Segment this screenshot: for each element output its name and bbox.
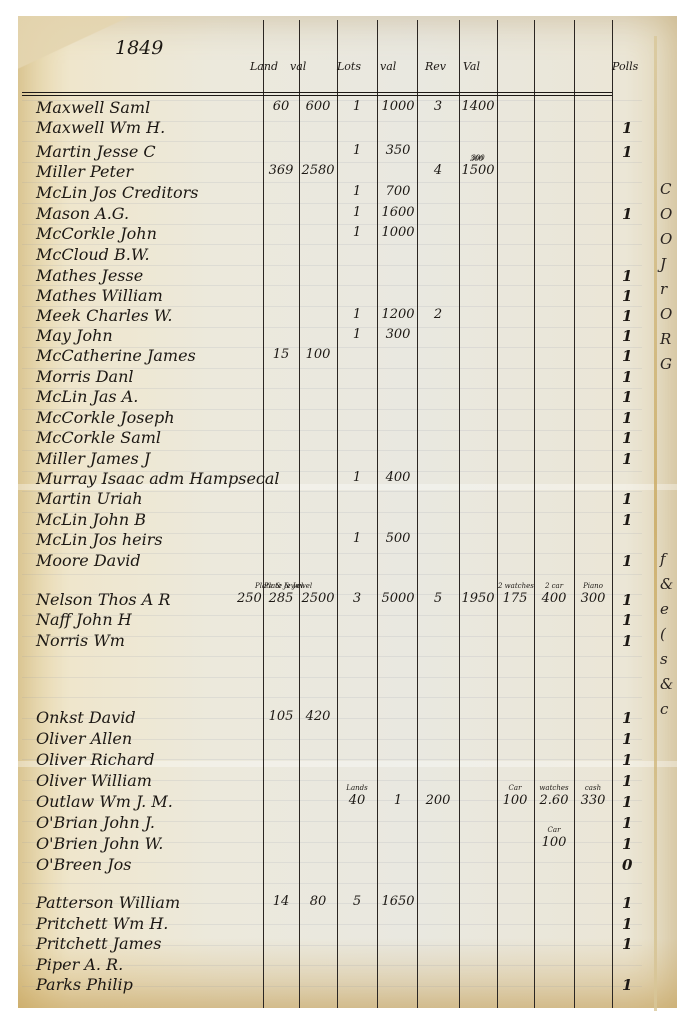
poll-mark: 1 [622, 915, 632, 933]
facing-page-mark: J [660, 255, 666, 273]
taxpayer-name: O'Brian John J. [36, 813, 155, 832]
taxpayer-name: Oliver William [36, 771, 152, 790]
taxpayer-name: May John [36, 326, 113, 345]
taxpayer-name: Oliver Richard [36, 750, 154, 769]
column-rule [534, 20, 535, 1008]
ruled-line [22, 883, 642, 884]
note-extra3: Piano [576, 582, 610, 590]
taxpayer-name: Morris Danl [36, 367, 134, 386]
cell-lots-val: 500 [381, 531, 415, 546]
poll-mark: 1 [622, 814, 632, 832]
cell-extra1: 100 [498, 793, 532, 808]
column-header-polls: Polls [612, 60, 638, 73]
column-header-lots: Lots [337, 60, 361, 73]
cell-land-val: 2580 [301, 163, 335, 178]
cell-land: 369 [264, 163, 298, 178]
taxpayer-name: O'Brien John W. [36, 834, 163, 853]
cell-land-val: 2500 [301, 591, 335, 606]
poll-mark: 1 [622, 119, 632, 137]
cell-rev: 5 [421, 591, 455, 606]
taxpayer-name: Onkst David [36, 708, 136, 727]
taxpayer-name: Pritchett Wm H. [36, 914, 168, 933]
header-rule [22, 92, 612, 93]
taxpayer-name: Norris Wm [36, 631, 125, 650]
poll-mark: 1 [622, 307, 632, 325]
cell-lots-val: 5000 [381, 591, 415, 606]
column-rule [497, 20, 498, 1008]
poll-mark: 1 [622, 143, 632, 161]
cell-lots: 1 [340, 470, 374, 485]
taxpayer-name: Martin Jesse C [36, 142, 156, 161]
binding-crease [654, 36, 657, 1011]
note-extra3: cash [576, 784, 610, 792]
taxpayer-name: McLin John B [36, 510, 146, 529]
poll-mark: 1 [622, 591, 632, 609]
cell-lots-val: 1 [381, 793, 415, 808]
taxpayer-name: Outlaw Wm J. M. [36, 792, 173, 811]
poll-mark: 1 [622, 709, 632, 727]
cell-rev-val: 1950 [461, 591, 495, 606]
facing-page-mark: ( [660, 625, 666, 643]
cell-lots-val: 1000 [381, 225, 415, 240]
cell-lots: 1 [340, 327, 374, 342]
column-rule [337, 20, 338, 1008]
taxpayer-name: Maxwell Saml [36, 98, 150, 117]
taxpayer-name: Mason A.G. [36, 204, 129, 223]
cell-extra3: 300 [576, 591, 610, 606]
column-rule [574, 20, 575, 1008]
facing-page-mark: s [660, 650, 668, 668]
poll-mark: 1 [622, 368, 632, 386]
note-extra2: 2 car [537, 582, 571, 590]
cell-lots: 3 [340, 591, 374, 606]
taxpayer-name: McLin Jos heirs [36, 530, 163, 549]
taxpayer-name: McCorkle Saml [36, 428, 161, 447]
cell-land-val: 100 [301, 347, 335, 362]
facing-page-mark: & [660, 675, 673, 693]
column-header-land: Land [250, 60, 278, 73]
poll-mark: 1 [622, 793, 632, 811]
cell-rev: 4 [421, 163, 455, 178]
taxpayer-name: Oliver Allen [36, 729, 132, 748]
poll-mark: 1 [622, 511, 632, 529]
cell-rev-val: 1400 [461, 99, 495, 114]
taxpayer-name: Naff John H [36, 610, 132, 629]
ruled-line [22, 677, 642, 678]
poll-mark: 1 [622, 751, 632, 769]
cell-rev-val: 1500 [461, 163, 495, 178]
cell-land-pre: 250 [237, 591, 262, 606]
poll-mark: 1 [622, 347, 632, 365]
taxpayer-name: Piper A. R. [36, 955, 123, 974]
cell-lots-val: 400 [381, 470, 415, 485]
cell-lots-val: 350 [381, 143, 415, 158]
cell-land-val: 600 [301, 99, 335, 114]
cell-land: 105 [264, 709, 298, 724]
poll-mark: 1 [622, 730, 632, 748]
facing-page-mark: r [660, 280, 667, 298]
note-rev-val: 300 [470, 155, 483, 163]
facing-page-mark: f [660, 550, 666, 568]
cell-lots: 1 [340, 225, 374, 240]
facing-page-mark: O [660, 205, 672, 223]
note-extra1: 2 watches [498, 582, 532, 590]
cell-lots: 40 [340, 793, 374, 808]
cell-lots: 1 [340, 184, 374, 199]
taxpayer-name: Mathes Jesse [36, 266, 143, 285]
facing-page-mark: & [660, 575, 673, 593]
poll-mark: 1 [622, 772, 632, 790]
cell-lots: 1 [340, 205, 374, 220]
taxpayer-name: Parks Philip [36, 975, 133, 994]
taxpayer-name: Martin Uriah [36, 489, 143, 508]
cell-lots: 1 [340, 99, 374, 114]
poll-mark: 1 [622, 632, 632, 650]
taxpayer-name: Miller James J [36, 449, 150, 468]
column-rule [299, 20, 300, 1008]
facing-page-mark: c [660, 700, 668, 718]
facing-page-mark: C [660, 180, 671, 198]
poll-mark: 1 [622, 450, 632, 468]
column-header-rev_val: Val [463, 60, 480, 73]
poll-mark: 1 [622, 611, 632, 629]
column-rule [459, 20, 460, 1008]
facing-page-mark: R [660, 330, 671, 348]
cell-rev: 200 [421, 793, 455, 808]
cell-lots-val: 1200 [381, 307, 415, 322]
column-header-rev: Rev [425, 60, 446, 73]
cell-land: 285 [264, 591, 298, 606]
taxpayer-name: Maxwell Wm H. [36, 118, 165, 137]
cell-land: 15 [264, 347, 298, 362]
poll-mark: 1 [622, 205, 632, 223]
taxpayer-name: McCloud B.W. [36, 245, 150, 264]
poll-mark: 1 [622, 287, 632, 305]
note-lots: Lands [340, 784, 374, 792]
note-extra1: Car [498, 784, 532, 792]
taxpayer-name: Patterson William [36, 893, 180, 912]
cell-lots: 1 [340, 531, 374, 546]
ruled-line [22, 327, 642, 328]
cell-land-val: 420 [301, 709, 335, 724]
taxpayer-name: Mathes William [36, 286, 163, 305]
ledger-year: 1849 [115, 37, 163, 59]
cell-rev: 2 [421, 307, 455, 322]
column-rule [377, 20, 378, 1008]
taxpayer-name: Murray Isaac adm Hampsecal [36, 469, 280, 488]
cell-lots: 1 [340, 143, 374, 158]
cell-rev: 3 [421, 99, 455, 114]
poll-mark: 1 [622, 894, 632, 912]
taxpayer-name: Pritchett James [36, 934, 161, 953]
note-extra2: watches [537, 784, 571, 792]
ruled-line [22, 656, 642, 657]
poll-mark: 1 [622, 429, 632, 447]
poll-mark: 1 [622, 409, 632, 427]
cell-lots-val: 1000 [381, 99, 415, 114]
cell-extra1: 175 [498, 591, 532, 606]
cell-land: 60 [264, 99, 298, 114]
column-rule [417, 20, 418, 1008]
cell-extra2: 400 [537, 591, 571, 606]
poll-mark: 1 [622, 976, 632, 994]
taxpayer-name: McLin Jas A. [36, 387, 138, 406]
cell-lots: 5 [340, 894, 374, 909]
taxpayer-name: Moore David [36, 551, 141, 570]
column-header-land_val: val [290, 60, 306, 73]
taxpayer-name: Nelson Thos A R [36, 590, 170, 609]
poll-mark: 1 [622, 267, 632, 285]
taxpayer-name: McCorkle Joseph [36, 408, 175, 427]
taxpayer-name: Meek Charles W. [36, 306, 172, 325]
cell-extra2: 100 [537, 835, 571, 850]
cell-lots-val: 1600 [381, 205, 415, 220]
poll-mark: 1 [622, 835, 632, 853]
facing-page-mark: e [660, 600, 669, 618]
facing-page-mark: G [660, 355, 672, 373]
poll-mark: 1 [622, 388, 632, 406]
poll-mark: 1 [622, 327, 632, 345]
ruled-line [22, 574, 642, 575]
header-rule [22, 95, 612, 96]
taxpayer-name: O'Breen Jos [36, 855, 132, 874]
column-rule [612, 20, 613, 1008]
taxpayer-name: McCorkle John [36, 224, 157, 243]
poll-mark: 0 [622, 856, 632, 874]
note-land: Plate & Jewel [255, 582, 303, 590]
cell-lots: 1 [340, 307, 374, 322]
poll-mark: 1 [622, 552, 632, 570]
taxpayer-name: McLin Jos Creditors [36, 183, 198, 202]
cell-lots-val: 1650 [381, 894, 415, 909]
note-extra2: Car [537, 826, 571, 834]
cell-land: 14 [264, 894, 298, 909]
cell-extra2: 2.60 [537, 793, 571, 808]
taxpayer-name: McCatherine James [36, 346, 196, 365]
cell-land-val: 80 [301, 894, 335, 909]
cell-lots-val: 700 [381, 184, 415, 199]
poll-mark: 1 [622, 490, 632, 508]
taxpayer-name: Miller Peter [36, 162, 133, 181]
cell-extra3: 330 [576, 793, 610, 808]
ruled-line [22, 697, 642, 698]
cell-lots-val: 300 [381, 327, 415, 342]
facing-page-mark: O [660, 305, 672, 323]
facing-page-mark: O [660, 230, 672, 248]
poll-mark: 1 [622, 935, 632, 953]
column-header-lots_val: val [380, 60, 396, 73]
